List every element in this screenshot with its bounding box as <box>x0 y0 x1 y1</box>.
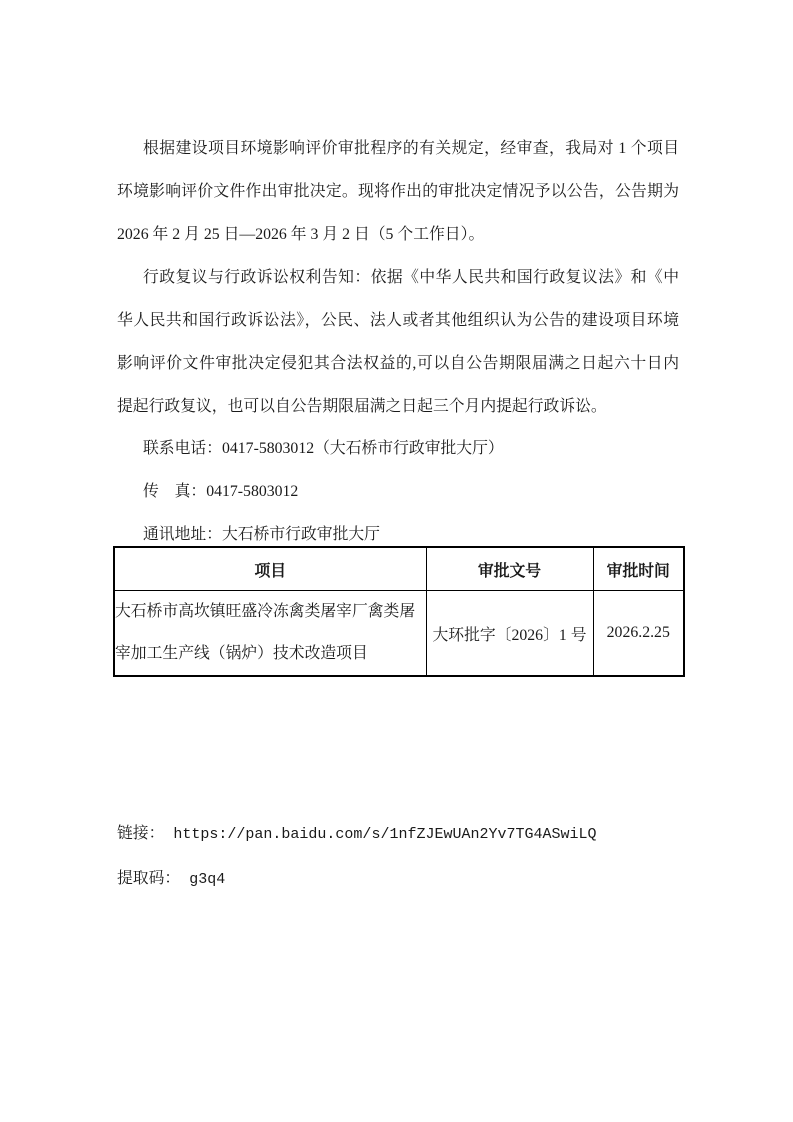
table-header-doc-number: 审批文号 <box>426 547 593 591</box>
table-header-project: 项目 <box>114 547 426 591</box>
rights-paragraph-line-2: 华人民共和国行政诉讼法》，公民、法人或者其他组织认为公告的建设项目环境 <box>117 299 679 342</box>
document-page: 根据建设项目环境影响评价审批程序的有关规定，经审查，我局对 1 个项目 环境影响… <box>0 0 793 1122</box>
intro-paragraph: 根据建设项目环境影响评价审批程序的有关规定，经审查，我局对 1 个项目 环境影响… <box>117 127 679 256</box>
extraction-code-label: 提取码： <box>117 870 180 887</box>
rights-paragraph-line-3: 影响评价文件审批决定侵犯其合法权益的,可以自公告期限届满之日起六十日内 <box>117 342 679 385</box>
intro-paragraph-line-3: 2026 年 2 月 25 日—2026 年 3 月 2 日（5 个工作日）。 <box>117 213 679 256</box>
rights-paragraph-line-4: 提起行政复议，也可以自公告期限届满之日起三个月内提起行政诉讼。 <box>117 385 679 428</box>
doc-number-cell: 大环批字〔2026〕1 号 <box>426 591 593 677</box>
extraction-code-value: g3q4 <box>189 871 225 888</box>
contact-phone-line: 联系电话：0417-5803012（大石桥市行政审批大厅） <box>117 427 679 470</box>
extraction-code-line: 提取码：g3q4 <box>117 857 679 901</box>
rights-paragraph: 行政复议与行政诉讼权利告知：依据《中华人民共和国行政复议法》和《中 华人民共和国… <box>117 256 679 428</box>
intro-paragraph-line-1: 根据建设项目环境影响评价审批程序的有关规定，经审查，我局对 1 个项目 <box>117 127 679 170</box>
approval-date-cell: 2026.2.25 <box>593 591 684 677</box>
project-name-cell: 大石桥市高坎镇旺盛冷冻禽类屠宰厂禽类屠宰加工生产线（锅炉）技术改造项目 <box>114 591 426 677</box>
table-header-date: 审批时间 <box>593 547 684 591</box>
table-header-row: 项目 审批文号 审批时间 <box>114 547 684 591</box>
baidu-pan-link-url: https://pan.baidu.com/s/1nfZJEwUAn2Yv7TG… <box>173 826 596 843</box>
intro-paragraph-line-2: 环境影响评价文件作出审批决定。现将作出的审批决定情况予以公告，公告期为 <box>117 170 679 213</box>
table-row: 大石桥市高坎镇旺盛冷冻禽类屠宰厂禽类屠宰加工生产线（锅炉）技术改造项目 大环批字… <box>114 591 684 677</box>
link-label: 链接： <box>117 825 164 842</box>
rights-paragraph-line-1: 行政复议与行政诉讼权利告知：依据《中华人民共和国行政复议法》和《中 <box>117 256 679 299</box>
download-link-line: 链接：https://pan.baidu.com/s/1nfZJEwUAn2Yv… <box>117 812 679 856</box>
approval-table: 项目 审批文号 审批时间 大石桥市高坎镇旺盛冷冻禽类屠宰厂禽类屠宰加工生产线（锅… <box>113 546 685 677</box>
contact-fax-line: 传 真：0417-5803012 <box>117 470 679 513</box>
